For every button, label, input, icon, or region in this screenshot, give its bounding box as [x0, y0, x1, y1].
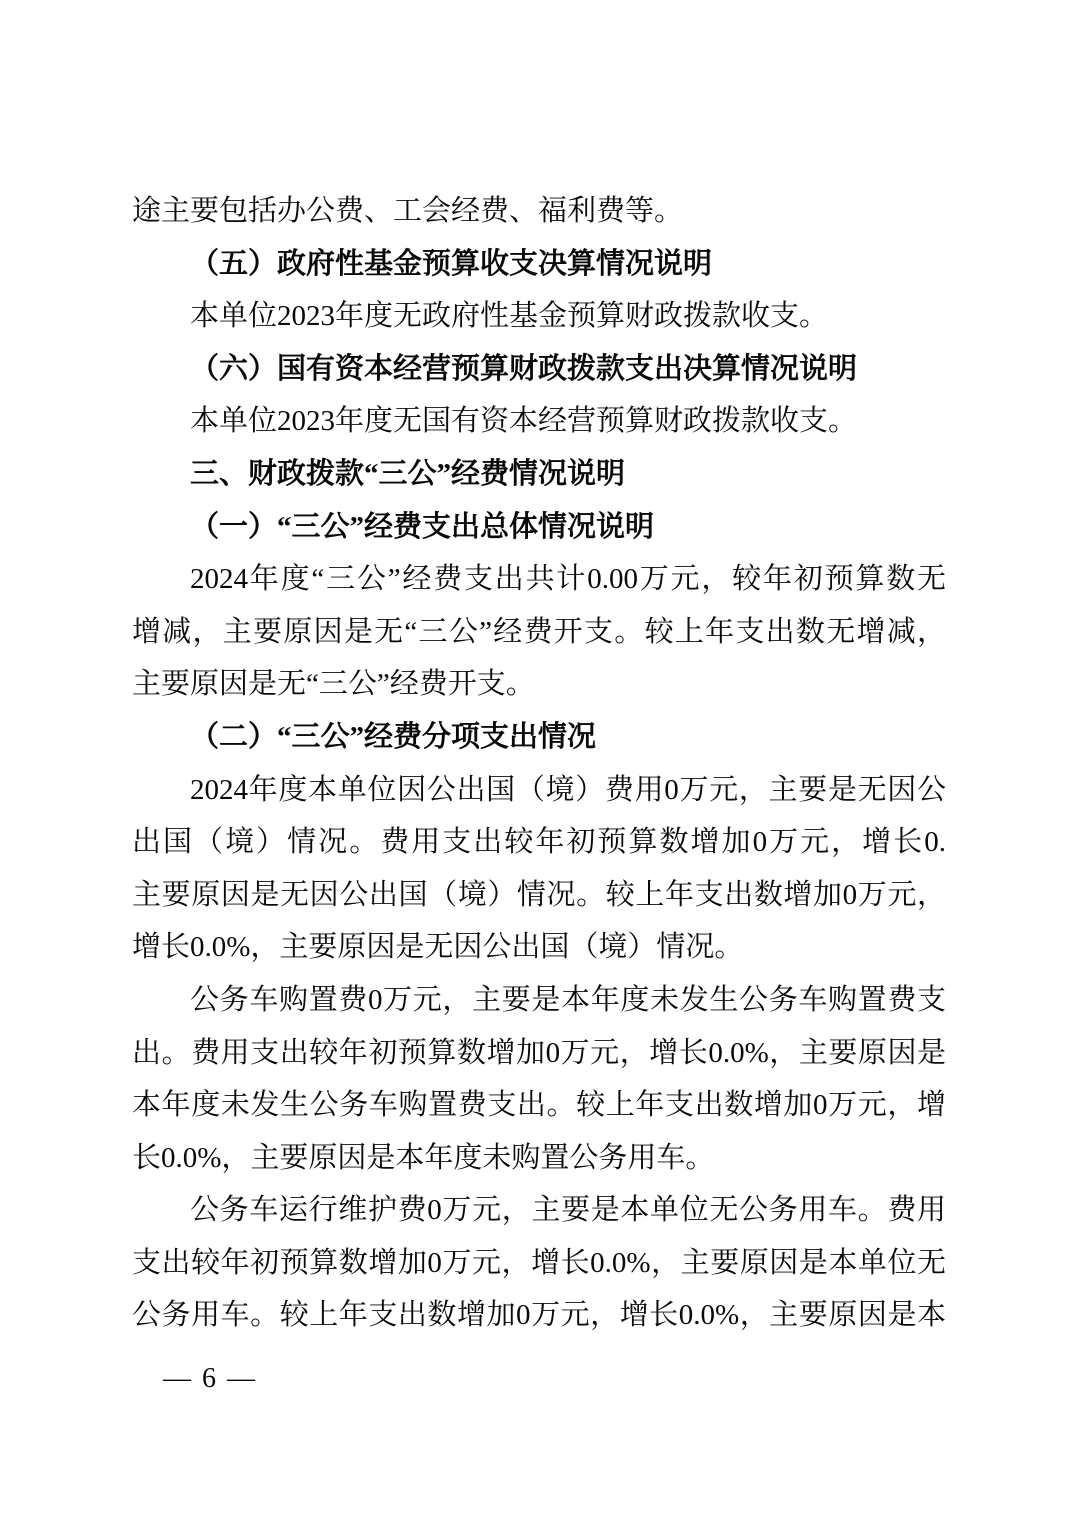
paragraph-line: 主要原因是无“三公”经费开支。 — [132, 658, 946, 711]
heading-section-five: （五）政府性基金预算收支决算情况说明 — [132, 238, 946, 291]
heading-subsection-one: （一）“三公”经费支出总体情况说明 — [132, 501, 946, 554]
paragraph-line: 2024年度“三公”经费支出共计0.00万元，较年初预算数无 — [132, 553, 946, 606]
paragraph-line: 2024年度本单位因公出国（境）费用0万元，主要是无因公 — [132, 764, 946, 817]
page-number: — 6 — — [163, 1362, 257, 1396]
paragraph-line: 长0.0%，主要原因是本年度未购置公务用车。 — [132, 1132, 946, 1185]
paragraph-line: 支出较年初预算数增加0万元，增长0.0%，主要原因是本单位无 — [132, 1237, 946, 1290]
heading-section-six: （六）国有资本经营预算财政拨款支出决算情况说明 — [132, 343, 946, 396]
paragraph-line: 本年度未发生公务车购置费支出。较上年支出数增加0万元，增 — [132, 1079, 946, 1132]
heading-part-three: 三、财政拨款“三公”经费情况说明 — [132, 448, 946, 501]
paragraph-line: 增减，主要原因是无“三公”经费开支。较上年支出数无增减， — [132, 606, 946, 659]
paragraph-line: 公务车购置费0万元，主要是本年度未发生公务车购置费支 — [132, 974, 946, 1027]
paragraph-line-continuation: 途主要包括办公费、工会经费、福利费等。 — [132, 185, 946, 238]
paragraph-line: 出。费用支出较年初预算数增加0万元，增长0.0%，主要原因是 — [132, 1027, 946, 1080]
document-text-block: 途主要包括办公费、工会经费、福利费等。 （五）政府性基金预算收支决算情况说明 本… — [132, 185, 946, 1342]
document-page: { "colors": { "background": "#ffffff", "… — [0, 0, 1075, 1520]
heading-subsection-two: （二）“三公”经费分项支出情况 — [132, 711, 946, 764]
paragraph-line: 增长0.0%，主要原因是无因公出国（境）情况。 — [132, 921, 946, 974]
paragraph-line: 公务用车。较上年支出数增加0万元，增长0.0%，主要原因是本 — [132, 1289, 946, 1342]
paragraph-line: 主要原因是无因公出国（境）情况。较上年支出数增加0万元， — [132, 869, 946, 922]
paragraph-line: 本单位2023年度无国有资本经营预算财政拨款收支。 — [132, 395, 946, 448]
paragraph-line: 出国（境）情况。费用支出较年初预算数增加0万元，增长0.0%， — [132, 816, 946, 869]
paragraph-line: 公务车运行维护费0万元，主要是本单位无公务用车。费用 — [132, 1184, 946, 1237]
paragraph-line: 本单位2023年度无政府性基金预算财政拨款收支。 — [132, 290, 946, 343]
